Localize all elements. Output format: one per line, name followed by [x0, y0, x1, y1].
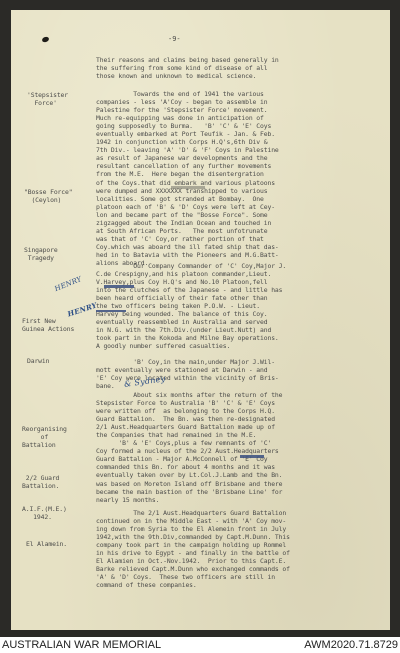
caption-accession-number: AWM2020.71.8729	[304, 638, 398, 652]
strikethrough-harvey-1	[104, 285, 134, 288]
paragraph-singapore: Our Company Commander of 'C' Coy,Major J…	[96, 262, 336, 351]
strikethrough-harvey-2	[96, 310, 126, 312]
margin-note-first-new-guinea: First New Guinea Actions	[22, 317, 74, 333]
paragraph-intro: Their reasons and claims being based gen…	[96, 56, 336, 80]
margin-note-guard-battalion: 2/2 Guard Battalion.	[22, 474, 59, 490]
margin-note-aif-me: A.I.F.(M.E.) 1942.	[22, 505, 67, 521]
paragraph-stepsister: Towards the end of 1941 the various comp…	[96, 90, 336, 267]
strikethrough-xxxxxxx	[171, 186, 205, 189]
strikethrough-mcconnell	[240, 455, 264, 458]
page-number: -9-	[168, 35, 181, 43]
margin-note-bosse-force: "Bosse Force" (Ceylon)	[24, 188, 72, 204]
margin-note-el-alamein: El Alamein.	[26, 540, 67, 548]
margin-note-darwin: Darwin	[27, 357, 49, 365]
margin-note-stepsister-force: 'Stepsister Force'	[27, 91, 68, 107]
paragraph-reorganising: About six months after the return of the…	[96, 391, 336, 504]
margin-note-reorganising: Reorganising of Battalion	[22, 425, 67, 449]
paragraph-alamein: The 2/1 Aust.Headquarters Guard Battalio…	[96, 509, 336, 589]
caption-institution: AUSTRALIAN WAR MEMORIAL	[2, 638, 161, 652]
margin-note-singapore-tragedy: Singapore Tragedy	[24, 246, 58, 262]
